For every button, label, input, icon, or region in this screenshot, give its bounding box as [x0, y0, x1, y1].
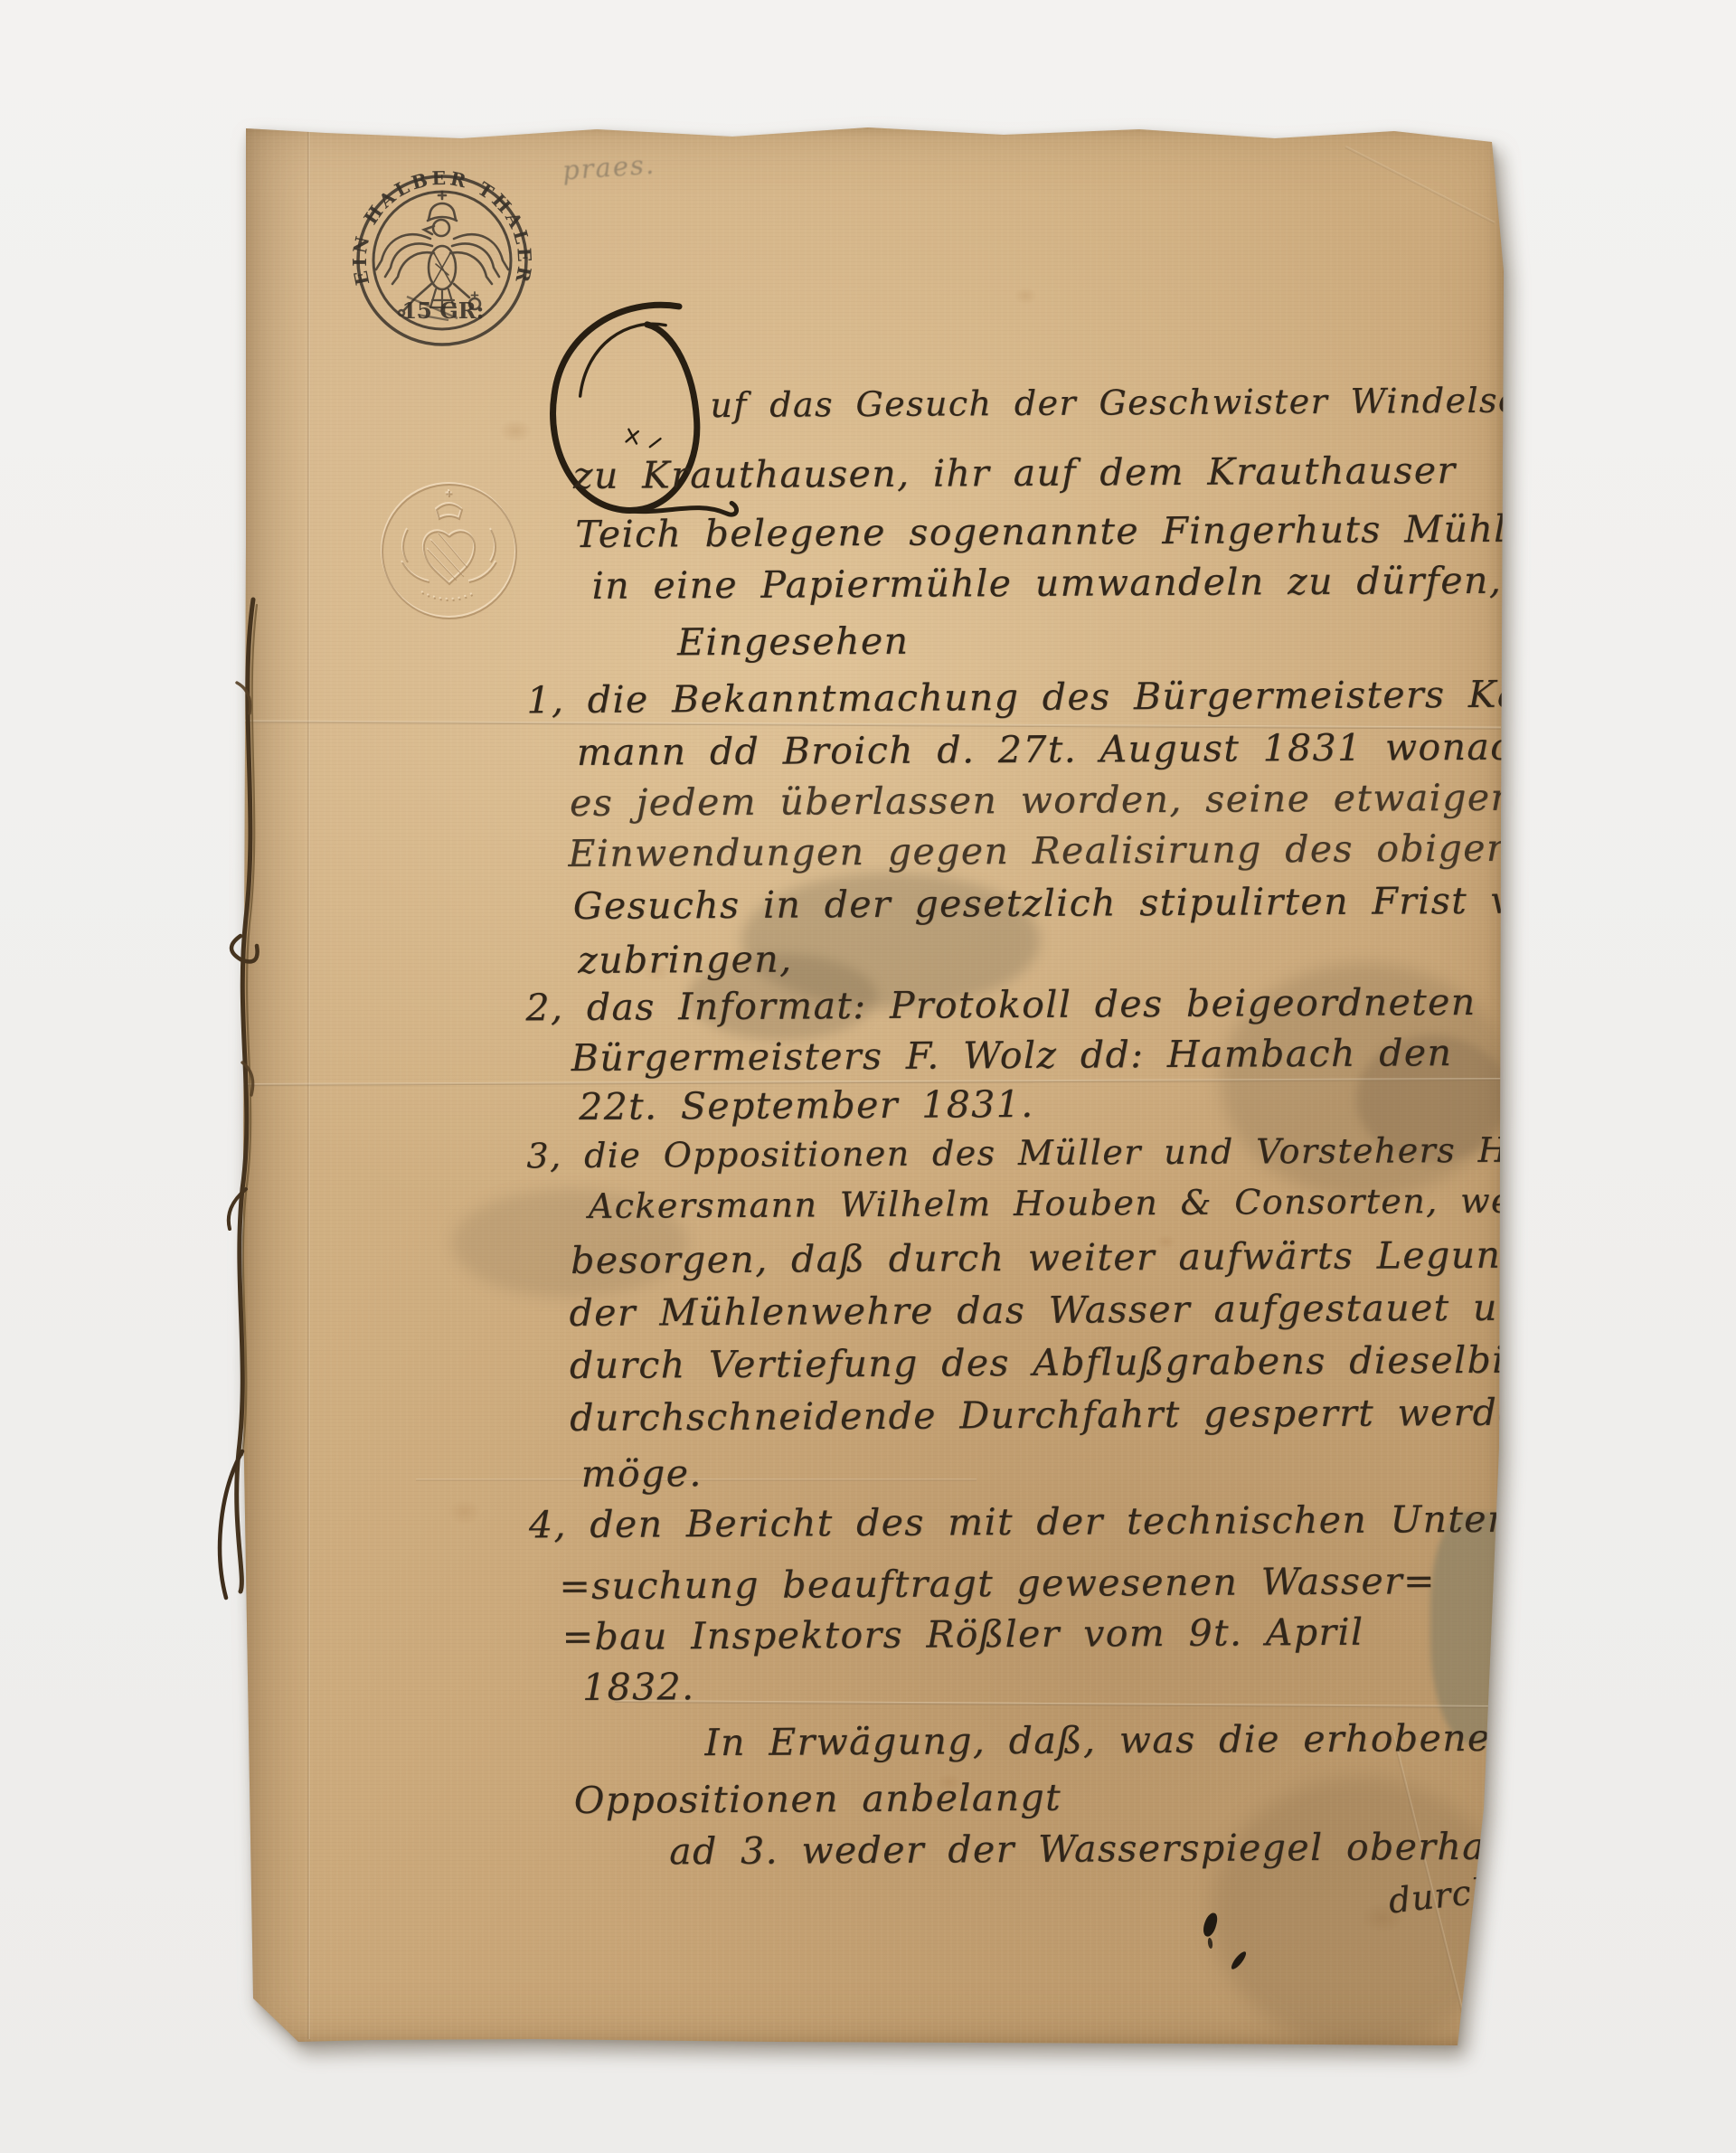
manuscript-line: Gesuchs in der gesetzlich stipulirten Fr…: [573, 878, 1588, 928]
manuscript-line: möge.: [580, 1451, 702, 1496]
manuscript-line: 1832.: [582, 1665, 695, 1709]
manuscript-line: 4, den Bericht des mit der technischen U…: [529, 1497, 1539, 1547]
manuscript-line: in eine Papiermühle umwandeln zu dürfen,: [591, 559, 1502, 608]
manuscript-line: =bau Inspektors Rößler vom 9t. April: [562, 1610, 1364, 1658]
manuscript-line: Bürgermeisters F. Wolz dd: Hambach den: [571, 1031, 1453, 1080]
manuscript-line: Eingesehen: [677, 619, 910, 665]
manuscript-line: es jedem überlassen worden, seine etwaig…: [570, 776, 1515, 825]
manuscript-text: A uf das Gesuch der Geschwister Windelsc…: [229, 118, 1515, 2057]
binding-thread: [201, 592, 305, 1614]
manuscript-line: Ackersmann Wilhelm Houben & Consorten, w…: [589, 1180, 1590, 1226]
manuscript-line: Oppositionen anbelangt: [574, 1776, 1061, 1822]
manuscript-line: In Erwägung, daß, was die erhobenen: [704, 1716, 1515, 1764]
manuscript-line: besorgen, daß durch weiter aufwärts Legu…: [571, 1233, 1526, 1282]
manuscript-line: Teich belegene sogenannte Fingerhuts Müh…: [575, 507, 1530, 556]
manuscript-line: Einwendungen gegen Realisirung des obige…: [568, 826, 1512, 875]
manuscript-page: EIN HALBER THALER 15 GR:: [235, 122, 1510, 2053]
catchword: durch: [1386, 1870, 1496, 1922]
manuscript-line: 22t. September 1831.: [579, 1082, 1034, 1128]
manuscript-line: =suchung beauftragt gewesenen Wasser=: [559, 1559, 1436, 1608]
paper-sheet: EIN HALBER THALER 15 GR:: [235, 122, 1510, 2053]
manuscript-line: der Mühlenwehre das Wasser aufgestauet u…: [569, 1285, 1548, 1335]
manuscript-line: 3, die Oppositionen des Müller und Vorst…: [526, 1129, 1584, 1176]
manuscript-line: 1, die Bekanntmachung des Bürgermeisters…: [526, 672, 1594, 722]
manuscript-line: durchschneidende Durchfahrt gesperrt wer…: [570, 1390, 1546, 1440]
manuscript-line: durch Vertiefung des Abflußgrabens diese…: [570, 1337, 1553, 1387]
manuscript-line: zubringen,: [578, 938, 793, 982]
manuscript-line: uf das Gesuch der Geschwister Windelschm…: [710, 380, 1638, 425]
manuscript-line: mann dd Broich d. 27t. August 1831 wonac…: [577, 725, 1538, 774]
manuscript-line: 2, das Informat: Protokoll des beigeordn…: [525, 980, 1476, 1029]
manuscript-line: zu Krauthausen, ihr auf dem Krauthauser: [573, 449, 1457, 497]
manuscript-line: ad 3. weder der Wasserspiegel oberhalb: [669, 1825, 1524, 1874]
